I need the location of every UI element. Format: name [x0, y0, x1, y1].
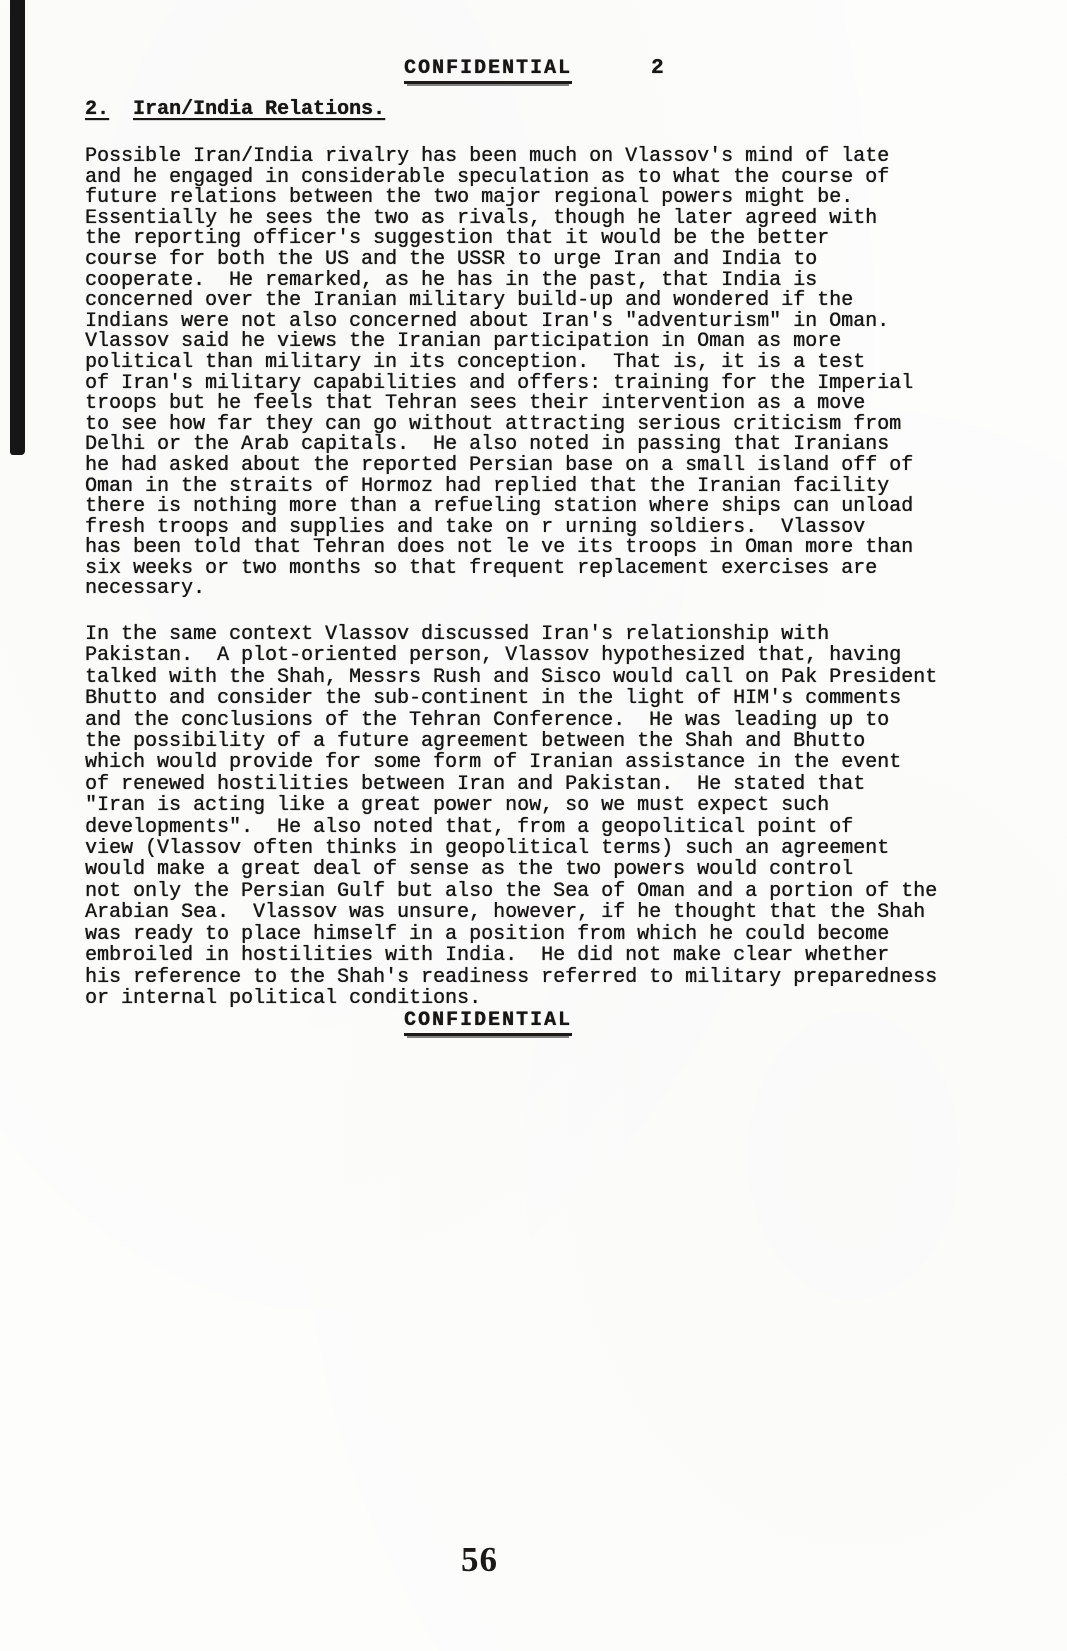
section-heading: 2.Iran/India Relations.	[85, 98, 385, 121]
scanned-document-page: CONFIDENTIAL 2 2.Iran/India Relations. P…	[0, 0, 1067, 1651]
page-number-top: 2	[651, 57, 664, 80]
section-title: Iran/India Relations.	[133, 98, 385, 121]
scan-edge-artifact	[10, 0, 25, 455]
classification-footer: CONFIDENTIAL	[404, 1009, 572, 1036]
body-paragraph-2: In the same context Vlassov discussed Ir…	[85, 624, 937, 1009]
page-number-bottom: 56	[461, 1540, 498, 1580]
body-paragraph-1: Possible Iran/India rivalry has been muc…	[85, 147, 913, 600]
section-number: 2.	[85, 98, 109, 121]
classification-header: CONFIDENTIAL	[404, 57, 572, 84]
